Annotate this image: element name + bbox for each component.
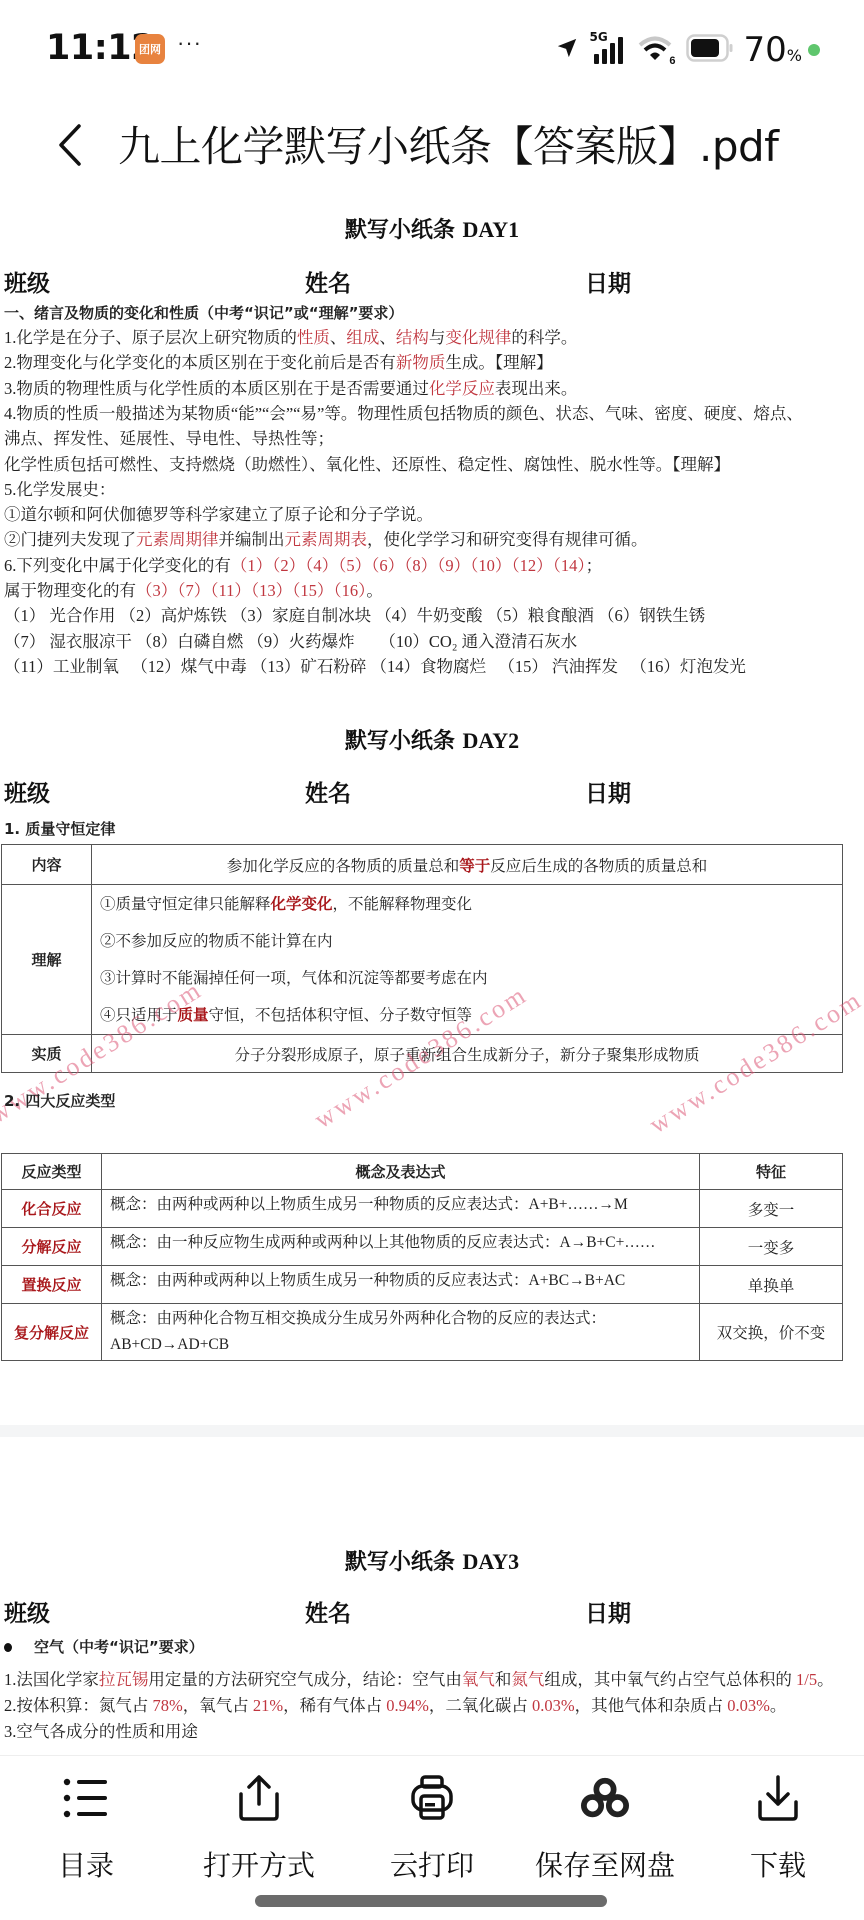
page-title-day1: 默写小纸条 DAY1 [0, 213, 864, 244]
table-row: 实质 分子分裂形成原子，原子重新组合生成新分子，新分子聚集形成物质 [2, 1035, 843, 1073]
reaction-type: 置换反应 [2, 1266, 102, 1304]
reaction-type: 复分解反应 [2, 1304, 102, 1361]
answer-text: 21% [253, 1696, 283, 1715]
text-segment: ，稀有气体占 [283, 1696, 386, 1715]
answer-text: 性质 [297, 328, 330, 347]
text-segment: 2.按体积算：氮气占 [4, 1696, 153, 1715]
text-segment: 并编制出 [219, 530, 285, 549]
answer-text: （3）（7）（11）（13）（15）（16） [136, 581, 366, 600]
text-segment: 6.下列变化中属于化学变化的有 [4, 556, 231, 575]
table-row: 分解反应 概念：由一种反应物生成两种或两种以上其他物质的反应表达式：A→B+C+… [2, 1228, 843, 1266]
status-bar: 11:12 团网 ··· 5G 6 70% [0, 0, 864, 100]
text-segment: 、 [379, 328, 396, 347]
law-understanding-list: ①质量守恒定律只能解释化学变化，不能解释物理变化 ②不参加反应的物质不能计算在内… [92, 885, 843, 1035]
section-heading-reaction-types: 2. 四大反应类型 [4, 1091, 115, 1111]
date-label: 日期 [585, 775, 631, 808]
text-segment: 1.法国化学家 [4, 1670, 99, 1689]
answer-text: 化学反应 [429, 379, 495, 398]
name-label: 姓名 [305, 265, 351, 298]
text-segment: 表现出来。 [495, 379, 578, 398]
pdf-page-day3: 默写小纸条 DAY3 班级 姓名 日期 空气（中考“识记”要求） 1.法国化学家… [0, 1437, 864, 1755]
text-segment: 的科学。 [511, 328, 577, 347]
column-header: 特征 [700, 1154, 843, 1190]
status-indicators: 5G 6 70% [556, 30, 820, 70]
text-segment: ，使化学学习和研究变得有规律可循。 [367, 530, 648, 549]
text-line: 属于物理变化的有（3）（7）（11）（13）（15）（16）。 [4, 581, 383, 601]
list-item: ①质量守恒定律只能解释化学变化，不能解释物理变化 [100, 886, 842, 923]
text-line: 2.按体积算：氮气占 78%，氧气占 21%，稀有气体占 0.94%，二氧化碳占… [4, 1696, 786, 1716]
text-line: （11）工业制氧 （12）煤气中毒 （13）矿石粉碎 （14）食物腐烂 （15）… [4, 657, 746, 677]
page-separator [0, 1425, 864, 1437]
page-title-day3: 默写小纸条 DAY3 [0, 1545, 864, 1576]
text-line: 3.空气各成分的性质和用途 [4, 1722, 198, 1742]
date-label: 日期 [585, 265, 631, 298]
answer-text: 1/5 [796, 1670, 817, 1689]
text-segment: （7） 湿衣服凉干 （8）白磷自燃 （9）火药爆炸 （10）CO₂ 通入澄清石灰… [4, 632, 577, 651]
table-row: 置换反应 概念：由两种或两种以上物质生成另一种物质的反应表达式：A+BC→B+A… [2, 1266, 843, 1304]
text-segment: 组成，其中氧气约占空气总体积的 [544, 1670, 796, 1689]
share-icon [235, 1774, 283, 1822]
text-line: 3.物质的物理性质与化学性质的本质区别在于是否需要通过化学反应表现出来。 [4, 379, 577, 399]
text-line: 化学性质包括可燃性、支持燃烧（助燃性）、氧化性、还原性、稳定性、腐蚀性、脱水性等… [4, 455, 730, 475]
download-button[interactable]: 下载 [698, 1774, 858, 1884]
table-row: 理解 ①质量守恒定律只能解释化学变化，不能解释物理变化 ②不参加反应的物质不能计… [2, 885, 843, 1035]
bullet-heading: 空气（中考“识记”要求） [4, 1637, 204, 1657]
text-segment: 属于物理变化的有 [4, 581, 136, 600]
reaction-feature: 双交换，价不变 [700, 1304, 843, 1361]
open-with-button[interactable]: 打开方式 [179, 1774, 339, 1884]
row-label: 理解 [2, 885, 92, 1035]
table-header-row: 反应类型 概念及表达式 特征 [2, 1154, 843, 1190]
answer-text: 0.94% [386, 1696, 429, 1715]
bullet-icon [4, 1643, 12, 1652]
law-essence: 分子分裂形成原子，原子重新组合生成新分子，新分子聚集形成物质 [92, 1035, 843, 1073]
text-line: （7） 湿衣服凉干 （8）白磷自燃 （9）火药爆炸 （10）CO₂ 通入澄清石灰… [4, 632, 577, 652]
reaction-concept: 概念：由两种化合物互相交换成分生成另外两种化合物的反应的表达式：AB+CD→AD… [102, 1304, 700, 1361]
reaction-feature: 一变多 [700, 1228, 843, 1266]
text-segment: 生成。【理解】 [445, 353, 552, 372]
text-line: 1.法国化学家拉瓦锡用定量的方法研究空气成分，结论：空气由氧气和氮气组成，其中氧… [4, 1670, 834, 1690]
answer-text: 拉瓦锡 [99, 1670, 149, 1689]
answer-text: 氮气 [511, 1670, 544, 1689]
text-segment: 3.物质的物理性质与化学性质的本质区别在于是否需要通过 [4, 379, 429, 398]
law-content: 参加化学反应的各物质的质量总和等于反应后生成的各物质的质量总和 [92, 845, 843, 885]
answer-text: 元素周期表 [285, 530, 368, 549]
table-row: 内容 参加化学反应的各物质的质量总和等于反应后生成的各物质的质量总和 [2, 845, 843, 885]
printer-icon [408, 1774, 456, 1822]
student-info-row: 班级 姓名 日期 [0, 1595, 864, 1625]
answer-text: 新物质 [396, 353, 446, 372]
text-segment: ，其他气体和杂质占 [575, 1696, 728, 1715]
reaction-concept: 概念：由一种反应物生成两种或两种以上其他物质的反应表达式：A→B+C+…… [102, 1228, 700, 1266]
answer-text: 0.03% [727, 1696, 770, 1715]
text-segment: ，二氧化碳占 [429, 1696, 532, 1715]
text-line: ①道尔顿和阿伏伽德罗等科学家建立了原子论和分子学说。 [4, 505, 433, 525]
list-icon [62, 1774, 110, 1822]
text-line: 1.化学是在分子、原子层次上研究物质的性质、组成、结构与变化规律的科学。 [4, 328, 577, 348]
answer-text: （1）（2）（4）（5）（6）（8）（9）（10）（12）（14） [231, 556, 586, 575]
text-segment: 与 [429, 328, 446, 347]
cloud-print-button[interactable]: 云打印 [352, 1774, 512, 1884]
reaction-type: 分解反应 [2, 1228, 102, 1266]
list-item: ③计算时不能漏掉任何一项，气体和沉淀等都要考虑在内 [100, 960, 842, 997]
text-segment: 用定量的方法研究空气成分，结论：空气由 [148, 1670, 462, 1689]
text-line: （1） 光合作用 （2）高炉炼铁 （3）家庭自制冰块 （4）牛奶变酸 （5）粮食… [4, 606, 705, 626]
reaction-type: 化合反应 [2, 1190, 102, 1228]
class-label: 班级 [4, 1595, 50, 1628]
text-line: 沸点、挥发性、延展性、导电性、导热性等； [4, 429, 334, 449]
chevron-left-icon [57, 123, 83, 167]
reaction-types-table: 反应类型 概念及表达式 特征 化合反应 概念：由两种或两种以上物质生成另一种物质… [1, 1153, 843, 1361]
name-label: 姓名 [305, 1595, 351, 1628]
student-info-row: 班级 姓名 日期 [0, 265, 864, 295]
text-segment: 化学性质包括可燃性、支持燃烧（助燃性）、氧化性、还原性、稳定性、腐蚀性、脱水性等… [4, 455, 730, 474]
text-segment: ； [586, 556, 603, 575]
text-segment: 2.物理变化与化学变化的本质区别在于变化前后是否有 [4, 353, 396, 372]
save-to-cloud-drive-button[interactable]: 保存至网盘 [525, 1774, 685, 1884]
text-segment: 、 [330, 328, 347, 347]
text-line: 5.化学发展史： [4, 480, 115, 500]
home-indicator[interactable] [255, 1895, 607, 1907]
answer-text: 78% [153, 1696, 183, 1715]
section-heading-mass-conservation: 1. 质量守恒定律 [4, 819, 115, 839]
cellular-signal-icon: 5G [588, 34, 628, 66]
download-icon [754, 1774, 802, 1822]
privacy-indicator-dot [808, 44, 820, 56]
reaction-feature: 单换单 [700, 1266, 843, 1304]
list-item: ②不参加反应的物质不能计算在内 [100, 923, 842, 960]
text-segment: 。 [366, 581, 383, 600]
wifi-icon: 6 [638, 35, 676, 65]
class-label: 班级 [4, 775, 50, 808]
text-segment: 1.化学是在分子、原子层次上研究物质的 [4, 328, 297, 347]
text-line: 2.物理变化与化学变化的本质区别在于变化前后是否有新物质生成。【理解】 [4, 353, 553, 373]
text-segment: 。 [817, 1670, 834, 1689]
section-heading: 一、绪言及物质的变化和性质（中考“识记”或“理解”要求） [4, 303, 403, 323]
answer-text: 结构 [396, 328, 429, 347]
answer-text: 元素周期律 [136, 530, 219, 549]
answer-text: 变化规律 [445, 328, 511, 347]
more-notifications-icon: ··· [177, 30, 202, 56]
text-segment: （11）工业制氧 （12）煤气中毒 （13）矿石粉碎 （14）食物腐烂 （15）… [4, 657, 746, 676]
reaction-feature: 多变一 [700, 1190, 843, 1228]
text-line: 6.下列变化中属于化学变化的有（1）（2）（4）（5）（6）（8）（9）（10）… [4, 556, 602, 576]
cloud-drive-icon [581, 1774, 629, 1822]
location-arrow-icon [556, 37, 578, 64]
name-label: 姓名 [305, 775, 351, 808]
answer-text: 0.03% [532, 1696, 575, 1715]
mass-conservation-table: 内容 参加化学反应的各物质的质量总和等于反应后生成的各物质的质量总和 理解 ①质… [1, 844, 843, 1073]
toc-button[interactable]: 目录 [6, 1774, 166, 1884]
back-button[interactable] [50, 115, 90, 175]
document-title: 九上化学默写小纸条【答案版】.pdf [118, 114, 778, 174]
row-label: 内容 [2, 845, 92, 885]
date-label: 日期 [585, 1595, 631, 1628]
text-segment: 5.化学发展史： [4, 480, 115, 499]
text-segment: 4.物质的性质一般描述为某物质“能”“会”“易”等。物理性质包括物质的颜色、状态… [4, 404, 803, 423]
text-line: ②门捷列夫发现了元素周期律并编制出元素周期表，使化学学习和研究变得有规律可循。 [4, 530, 648, 550]
app-notification-icon: 团网 [135, 34, 165, 64]
document-header: 九上化学默写小纸条【答案版】.pdf [0, 100, 864, 195]
answer-text: 组成 [346, 328, 379, 347]
column-header: 反应类型 [2, 1154, 102, 1190]
answer-text: 氧气 [462, 1670, 495, 1689]
text-line: 4.物质的性质一般描述为某物质“能”“会”“易”等。物理性质包括物质的颜色、状态… [4, 404, 803, 424]
text-segment: （1） 光合作用 （2）高炉炼铁 （3）家庭自制冰块 （4）牛奶变酸 （5）粮食… [4, 606, 705, 625]
row-label: 实质 [2, 1035, 92, 1073]
text-segment: ，氧气占 [183, 1696, 253, 1715]
list-item: ④只适用于质量守恒，不包括体积守恒、分子数守恒等 [100, 997, 842, 1034]
text-segment: 和 [495, 1670, 512, 1689]
column-header: 概念及表达式 [102, 1154, 700, 1190]
page-title-day2: 默写小纸条 DAY2 [0, 724, 864, 755]
text-segment: 。 [770, 1696, 787, 1715]
battery-percentage: 70% [744, 30, 802, 70]
table-row: 复分解反应 概念：由两种化合物互相交换成分生成另外两种化合物的反应的表达式：AB… [2, 1304, 843, 1361]
battery-icon [686, 34, 734, 67]
text-segment: ②门捷列夫发现了 [4, 530, 136, 549]
class-label: 班级 [4, 265, 50, 298]
text-segment: 3.空气各成分的性质和用途 [4, 1722, 198, 1741]
pdf-page-day1: 默写小纸条 DAY1 班级 姓名 日期 一、绪言及物质的变化和性质（中考“识记”… [0, 195, 864, 715]
reaction-concept: 概念：由两种或两种以上物质生成另一种物质的反应表达式：A+BC→B+AC [102, 1266, 700, 1304]
text-segment: 沸点、挥发性、延展性、导电性、导热性等； [4, 429, 334, 448]
reaction-concept: 概念：由两种或两种以上物质生成另一种物质的反应表达式：A+B+……→M [102, 1190, 700, 1228]
text-segment: ①道尔顿和阿伏伽德罗等科学家建立了原子论和分子学说。 [4, 505, 433, 524]
student-info-row: 班级 姓名 日期 [0, 775, 864, 805]
table-row: 化合反应 概念：由两种或两种以上物质生成另一种物质的反应表达式：A+B+……→M… [2, 1190, 843, 1228]
pdf-viewer[interactable]: 默写小纸条 DAY1 班级 姓名 日期 一、绪言及物质的变化和性质（中考“识记”… [0, 195, 864, 1755]
